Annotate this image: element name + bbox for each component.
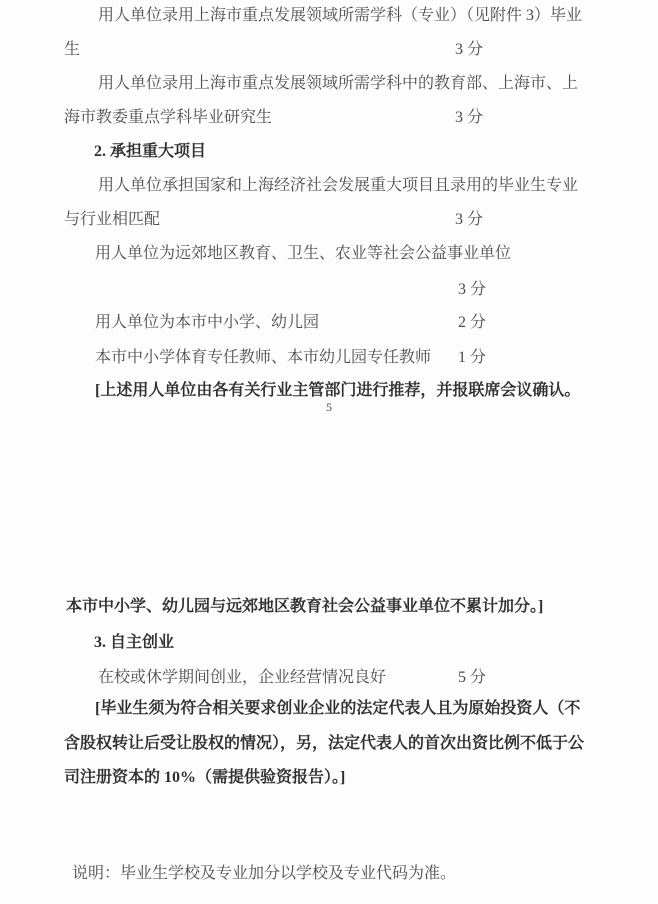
text-line: [上述用人单位由各有关行业主管部门进行推荐，并报联席会议确认。 bbox=[95, 383, 580, 399]
text-line: [毕业生须为符合相关要求创业企业的法定代表人且为原始投资人（不 bbox=[95, 701, 580, 717]
text-line: 与行业相匹配 bbox=[64, 212, 160, 228]
text-line: 生 bbox=[64, 42, 80, 58]
section-heading: 3. 自主创业 bbox=[94, 635, 174, 651]
text-line: 海市教委重点学科毕业研究生 bbox=[64, 110, 272, 126]
score-value: 5 分 bbox=[458, 670, 486, 686]
text-line: 用人单位录用上海市重点发展领域所需学科中的教育部、上海市、上 bbox=[98, 76, 578, 92]
text-line: 本市中小学、幼儿园与远郊地区教育社会公益事业单位不累计加分。] bbox=[66, 599, 543, 615]
text-line: 在校或休学期间创业，企业经营情况良好 bbox=[98, 670, 386, 686]
text-line: 用人单位为远郊地区教育、卫生、农业等社会公益事业单位 bbox=[95, 246, 511, 262]
score-value: 1 分 bbox=[458, 350, 486, 366]
text-line: 用人单位承担国家和上海经济社会发展重大项目且录用的毕业生专业 bbox=[98, 178, 578, 194]
text-line: 用人单位录用上海市重点发展领域所需学科（专业）（见附件 3）毕业 bbox=[98, 8, 582, 24]
text-line: 用人单位为本市中小学、幼儿园 bbox=[95, 315, 319, 331]
page-number: 5 bbox=[0, 401, 658, 413]
document-page: 用人单位录用上海市重点发展领域所需学科（专业）（见附件 3）毕业 生 3 分 用… bbox=[0, 0, 658, 904]
score-value: 3 分 bbox=[455, 110, 483, 126]
note-line: 说明：毕业生学校及专业加分以学校及专业代码为准。 bbox=[72, 866, 456, 882]
text-line: 司注册资本的 10%（需提供验资报告）。] bbox=[64, 770, 345, 786]
score-value: 3 分 bbox=[458, 282, 486, 298]
text-line: 含股权转让后受让股权的情况），另，法定代表人的首次出资比例不低于公 bbox=[64, 736, 584, 752]
score-value: 3 分 bbox=[455, 42, 483, 58]
text-line: 本市中小学体育专任教师、本市幼儿园专任教师 bbox=[95, 350, 431, 366]
score-value: 2 分 bbox=[458, 315, 486, 331]
section-heading: 2. 承担重大项目 bbox=[94, 144, 206, 160]
score-value: 3 分 bbox=[455, 212, 483, 228]
